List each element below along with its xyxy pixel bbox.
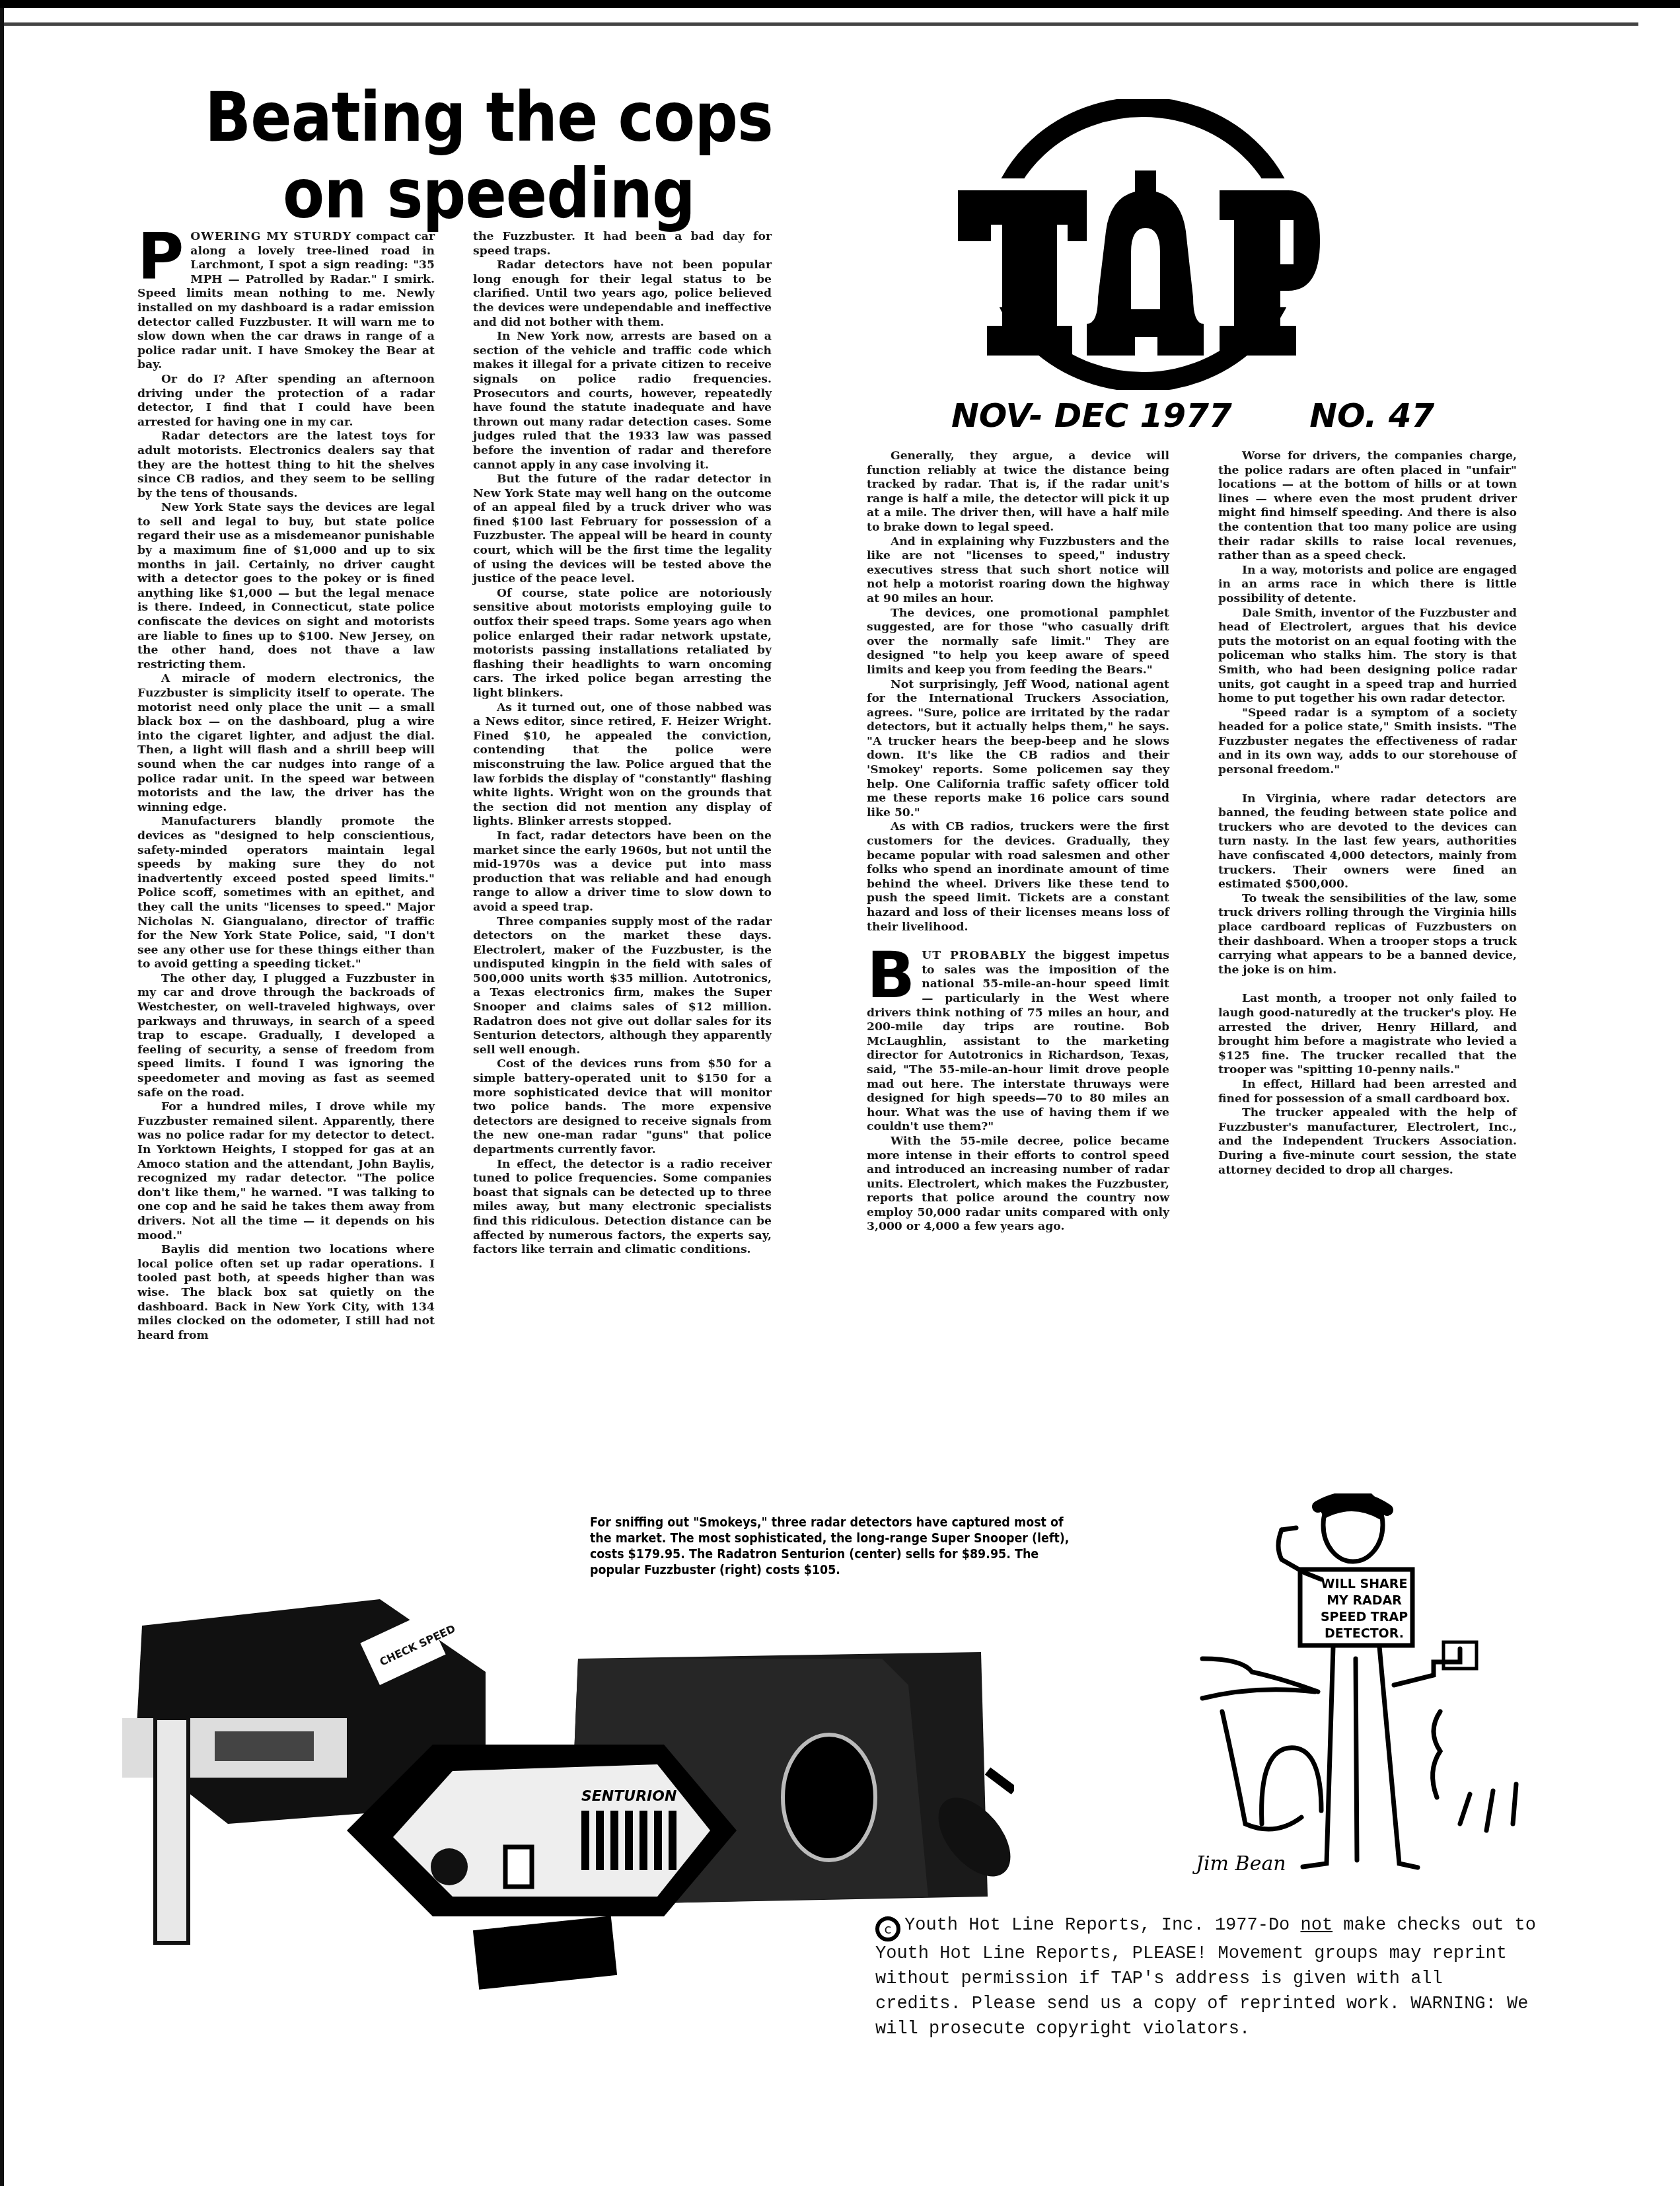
paragraph-continuation: the Fuzzbuster. It had been a bad day fo… bbox=[473, 230, 772, 258]
paragraph: Dale Smith, inventor of the Fuzzbuster a… bbox=[1218, 607, 1517, 706]
paragraph: Radar detectors have not been popular lo… bbox=[473, 258, 772, 330]
issue-date: NOV- DEC 1977 bbox=[951, 396, 1232, 435]
article-column-4: Worse for drivers, the companies charge,… bbox=[1218, 449, 1517, 1178]
lead-paragraph: POWERING MY STURDY compact car along a l… bbox=[137, 230, 435, 373]
section-gap bbox=[1218, 778, 1517, 792]
article-column-2: the Fuzzbuster. It had been a bad day fo… bbox=[473, 230, 772, 1258]
paragraph: In New York now, arrests are based on a … bbox=[473, 330, 772, 472]
lead-caps: OWERING MY STURDY bbox=[190, 230, 351, 243]
paragraph: Worse for drivers, the companies charge,… bbox=[1218, 449, 1517, 564]
paragraph: Not surprisingly, Jeff Wood, national ag… bbox=[867, 678, 1169, 821]
paragraph: In effect, the detector is a radio recei… bbox=[473, 1158, 772, 1258]
paragraph: But the future of the radar detector in … bbox=[473, 472, 772, 587]
svg-text:SENTURION: SENTURION bbox=[581, 1788, 676, 1805]
paragraph: Three companies supply most of the radar… bbox=[473, 915, 772, 1058]
photo-caption: For sniffing out "Smokeys," three radar … bbox=[590, 1515, 1088, 1578]
paragraph: Of course, state police are notoriously … bbox=[473, 587, 772, 701]
sign-line-3: SPEED TRAP bbox=[1315, 1609, 1414, 1626]
paragraph: "Speed radar is a symptom of a society h… bbox=[1218, 706, 1517, 778]
svg-text:Jim Bean: Jim Bean bbox=[1192, 1852, 1286, 1875]
issue-number: NO. 47 bbox=[1309, 396, 1434, 435]
paragraph: To tweak the sensibilities of the law, s… bbox=[1218, 892, 1517, 978]
copyright-notice: cYouth Hot Line Reports, Inc. 1977-Do no… bbox=[875, 1913, 1536, 2042]
paragraph: With the 55-mile decree, police became m… bbox=[867, 1135, 1169, 1234]
paragraph: In fact, radar detectors have been on th… bbox=[473, 829, 772, 915]
paragraph: As it turned out, one of those nabbed wa… bbox=[473, 701, 772, 829]
paragraph: In Virginia, where radar detectors are b… bbox=[1218, 792, 1517, 892]
drop-cap-b: B bbox=[867, 952, 915, 999]
article-column-3: Generally, they argue, a device will fun… bbox=[867, 449, 1169, 1234]
senturion-device-icon: SENTURION bbox=[347, 1745, 737, 1990]
paragraph: For a hundred miles, I drove while my Fu… bbox=[137, 1100, 435, 1243]
section-lead-paragraph: BUT PROBABLY the biggest impetus to sale… bbox=[867, 949, 1169, 1135]
copyright-text-1: Youth Hot Line Reports, Inc. 1977-Do bbox=[904, 1916, 1301, 1936]
paragraph: The other day, I plugged a Fuzzbuster in… bbox=[137, 972, 435, 1100]
paragraph: Or do I? After spending an afternoon dri… bbox=[137, 373, 435, 430]
paragraph: Last month, a trooper not only failed to… bbox=[1218, 992, 1517, 1078]
paragraph: Cost of the devices runs from $50 for a … bbox=[473, 1057, 772, 1157]
copyright-underlined: not bbox=[1301, 1916, 1333, 1936]
paragraph: The devices, one promotional pamphlet su… bbox=[867, 607, 1169, 678]
top-border bbox=[0, 0, 1680, 8]
sign-line-2: MY RADAR bbox=[1315, 1593, 1414, 1609]
sign-line-1: WILL SHARE bbox=[1315, 1576, 1414, 1593]
paragraph: And in explaining why Fuzzbusters and th… bbox=[867, 535, 1169, 607]
tap-bell-logo-icon bbox=[958, 99, 1328, 390]
section-lead-caps: UT PROBABLY bbox=[922, 949, 1027, 962]
paragraph: In a way, motorists and police are engag… bbox=[1218, 564, 1517, 607]
paragraph: In effect, Hillard had been arrested and… bbox=[1218, 1078, 1517, 1106]
copyright-icon: c bbox=[875, 1916, 900, 1941]
paragraph: Radar detectors are the latest toys for … bbox=[137, 430, 435, 501]
cartoon-sign: WILL SHARE MY RADAR SPEED TRAP DETECTOR. bbox=[1315, 1576, 1414, 1642]
article-headline: Beating the cops on speeding bbox=[198, 79, 780, 233]
headline-line-2: on speeding bbox=[198, 156, 780, 233]
hitchhiker-cartoon-icon: Jim Bean bbox=[1183, 1493, 1552, 1890]
paragraph: A miracle of modern electronics, the Fuz… bbox=[137, 672, 435, 815]
paragraph: As with CB radios, truckers were the fir… bbox=[867, 820, 1169, 934]
headline-line-1: Beating the cops bbox=[198, 79, 780, 156]
paragraph: Baylis did mention two locations where l… bbox=[137, 1243, 435, 1343]
paragraph: Generally, they argue, a device will fun… bbox=[867, 449, 1169, 535]
paragraph: New York State says the devices are lega… bbox=[137, 501, 435, 672]
issue-line: NOV- DEC 1977 NO. 47 bbox=[951, 396, 1480, 435]
paragraph: Manufacturers blandly promote the device… bbox=[137, 815, 435, 972]
drop-cap-p: P bbox=[137, 233, 184, 280]
top-rule bbox=[0, 22, 1638, 26]
sign-line-4: DETECTOR. bbox=[1315, 1626, 1414, 1642]
section-gap bbox=[1218, 977, 1517, 992]
article-column-1: POWERING MY STURDY compact car along a l… bbox=[137, 230, 435, 1343]
paragraph: The trucker appealed with the help of Fu… bbox=[1218, 1106, 1517, 1178]
left-border bbox=[0, 8, 4, 2186]
